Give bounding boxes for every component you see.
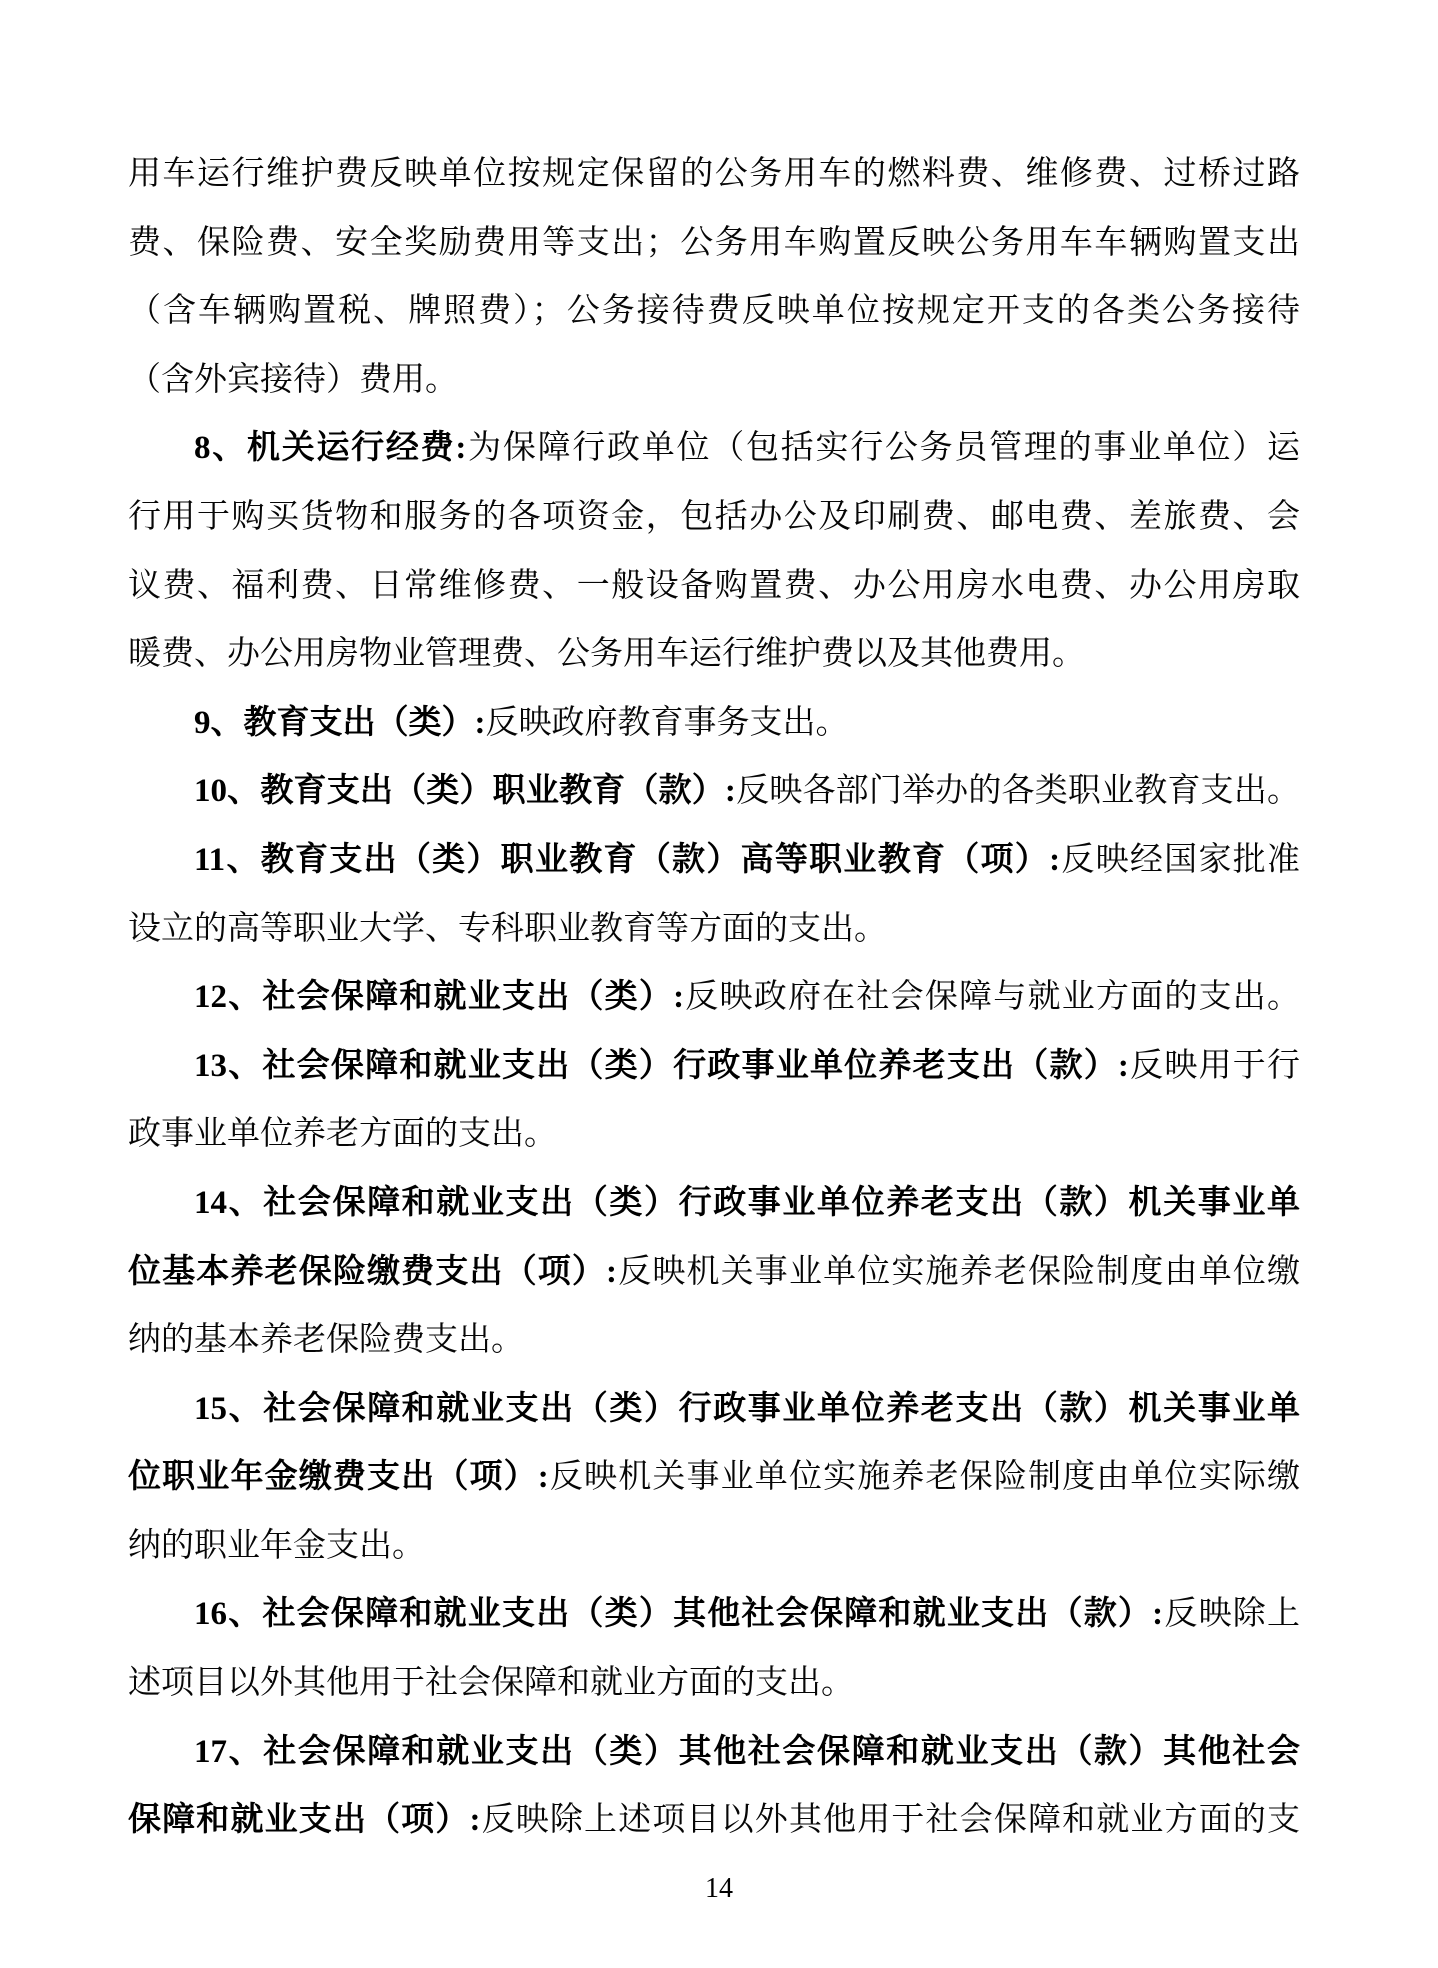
- page-number: 14: [0, 1872, 1438, 1906]
- heading-segment: 12、社会保障和就业支出（类）:: [194, 979, 684, 1015]
- text-line: 议费、福利费、日常维修费、一般设备购置费、办公用房水电费、办公用房取: [128, 552, 1300, 621]
- heading-segment: 16、社会保障和就业支出（类）其他社会保障和就业支出（款）:: [194, 1596, 1163, 1632]
- heading-segment: 9、教育支出（类）:: [194, 705, 486, 741]
- text-line: 暖费、办公用房物业管理费、公务用车运行维护费以及其他费用。: [128, 620, 1300, 689]
- text-line: 13、社会保障和就业支出（类）行政事业单位养老支出（款）:反映用于行: [128, 1032, 1300, 1101]
- body-segment: 为保障行政单位（包括实行公务员管理的事业单位）运: [466, 430, 1300, 466]
- text-line: 用车运行维护费反映单位按规定保留的公务用车的燃料费、维修费、过桥过路: [128, 140, 1300, 209]
- text-line: 保障和就业支出（项）:反映除上述项目以外其他用于社会保障和就业方面的支: [128, 1786, 1300, 1855]
- body-segment: 设立的高等职业大学、专科职业教育等方面的支出。: [128, 911, 887, 947]
- heading-segment: 13、社会保障和就业支出（类）行政事业单位养老支出（款）:: [194, 1048, 1129, 1084]
- text-line: 15、社会保障和就业支出（类）行政事业单位养老支出（款）机关事业单: [128, 1375, 1300, 1444]
- heading-segment: 10、教育支出（类）职业教育（款）:: [194, 773, 736, 809]
- body-segment: 反映机关事业单位实施养老保险制度由单位缴: [617, 1254, 1300, 1290]
- body-segment: 述项目以外其他用于社会保障和就业方面的支出。: [128, 1665, 854, 1701]
- body-segment: （含外宾接待）费用。: [128, 362, 458, 398]
- text-line: 16、社会保障和就业支出（类）其他社会保障和就业支出（款）:反映除上: [128, 1580, 1300, 1649]
- heading-segment: 位职业年金缴费支出（项）:: [128, 1459, 549, 1495]
- text-line: 17、社会保障和就业支出（类）其他社会保障和就业支出（款）其他社会: [128, 1718, 1300, 1787]
- body-segment: 反映机关事业单位实施养老保险制度由单位实际缴: [549, 1459, 1300, 1495]
- body-segment: 政事业单位养老方面的支出。: [128, 1116, 557, 1152]
- body-segment: 反映用于行: [1129, 1048, 1300, 1084]
- body-segment: 反映经国家批准: [1060, 842, 1300, 878]
- body-segment: 行用于购买货物和服务的各项资金，包括办公及印刷费、邮电费、差旅费、会: [128, 499, 1300, 535]
- text-line: 位职业年金缴费支出（项）:反映机关事业单位实施养老保险制度由单位实际缴: [128, 1443, 1300, 1512]
- body-segment: 用车运行维护费反映单位按规定保留的公务用车的燃料费、维修费、过桥过路: [128, 156, 1300, 192]
- text-line: （含外宾接待）费用。: [128, 346, 1300, 415]
- body-segment: 费、保险费、安全奖励费用等支出；公务用车购置反映公务用车车辆购置支出: [128, 225, 1300, 261]
- body-segment: 反映各部门举办的各类职业教育支出。: [736, 773, 1300, 809]
- body-text: 用车运行维护费反映单位按规定保留的公务用车的燃料费、维修费、过桥过路费、保险费、…: [128, 140, 1300, 1855]
- body-segment: 反映政府在社会保障与就业方面的支出。: [684, 979, 1300, 1015]
- body-segment: 暖费、办公用房物业管理费、公务用车运行维护费以及其他费用。: [128, 636, 1085, 672]
- heading-segment: 8、机关运行经费:: [194, 430, 466, 466]
- text-line: 政事业单位养老方面的支出。: [128, 1100, 1300, 1169]
- heading-segment: 位基本养老保险缴费支出（项）:: [128, 1254, 617, 1290]
- text-line: 9、教育支出（类）:反映政府教育事务支出。: [128, 689, 1300, 758]
- text-line: （含车辆购置税、牌照费）；公务接待费反映单位按规定开支的各类公务接待: [128, 277, 1300, 346]
- heading-segment: 14、社会保障和就业支出（类）行政事业单位养老支出（款）机关事业单: [194, 1185, 1300, 1221]
- text-line: 10、教育支出（类）职业教育（款）:反映各部门举办的各类职业教育支出。: [128, 757, 1300, 826]
- text-line: 述项目以外其他用于社会保障和就业方面的支出。: [128, 1649, 1300, 1718]
- body-segment: 纳的职业年金支出。: [128, 1528, 425, 1564]
- text-line: 设立的高等职业大学、专科职业教育等方面的支出。: [128, 895, 1300, 964]
- text-line: 纳的职业年金支出。: [128, 1512, 1300, 1581]
- heading-segment: 11、教育支出（类）职业教育（款）高等职业教育（项）:: [194, 842, 1060, 878]
- body-segment: 纳的基本养老保险费支出。: [128, 1322, 524, 1358]
- text-line: 行用于购买货物和服务的各项资金，包括办公及印刷费、邮电费、差旅费、会: [128, 483, 1300, 552]
- text-line: 11、教育支出（类）职业教育（款）高等职业教育（项）:反映经国家批准: [128, 826, 1300, 895]
- heading-segment: 保障和就业支出（项）:: [128, 1802, 480, 1838]
- body-segment: （含车辆购置税、牌照费）；公务接待费反映单位按规定开支的各类公务接待: [128, 293, 1300, 329]
- body-segment: 反映政府教育事务支出。: [486, 705, 849, 741]
- heading-segment: 15、社会保障和就业支出（类）行政事业单位养老支出（款）机关事业单: [194, 1391, 1300, 1427]
- text-line: 纳的基本养老保险费支出。: [128, 1306, 1300, 1375]
- body-segment: 反映除上述项目以外其他用于社会保障和就业方面的支: [480, 1802, 1300, 1838]
- body-segment: 反映除上: [1163, 1596, 1300, 1632]
- text-line: 8、机关运行经费:为保障行政单位（包括实行公务员管理的事业单位）运: [128, 414, 1300, 483]
- body-segment: 议费、福利费、日常维修费、一般设备购置费、办公用房水电费、办公用房取: [128, 568, 1300, 604]
- text-line: 12、社会保障和就业支出（类）:反映政府在社会保障与就业方面的支出。: [128, 963, 1300, 1032]
- text-line: 位基本养老保险缴费支出（项）:反映机关事业单位实施养老保险制度由单位缴: [128, 1238, 1300, 1307]
- text-line: 费、保险费、安全奖励费用等支出；公务用车购置反映公务用车车辆购置支出: [128, 209, 1300, 278]
- text-line: 14、社会保障和就业支出（类）行政事业单位养老支出（款）机关事业单: [128, 1169, 1300, 1238]
- heading-segment: 17、社会保障和就业支出（类）其他社会保障和就业支出（款）其他社会: [194, 1734, 1300, 1770]
- document-page: 用车运行维护费反映单位按规定保留的公务用车的燃料费、维修费、过桥过路费、保险费、…: [0, 0, 1438, 1968]
